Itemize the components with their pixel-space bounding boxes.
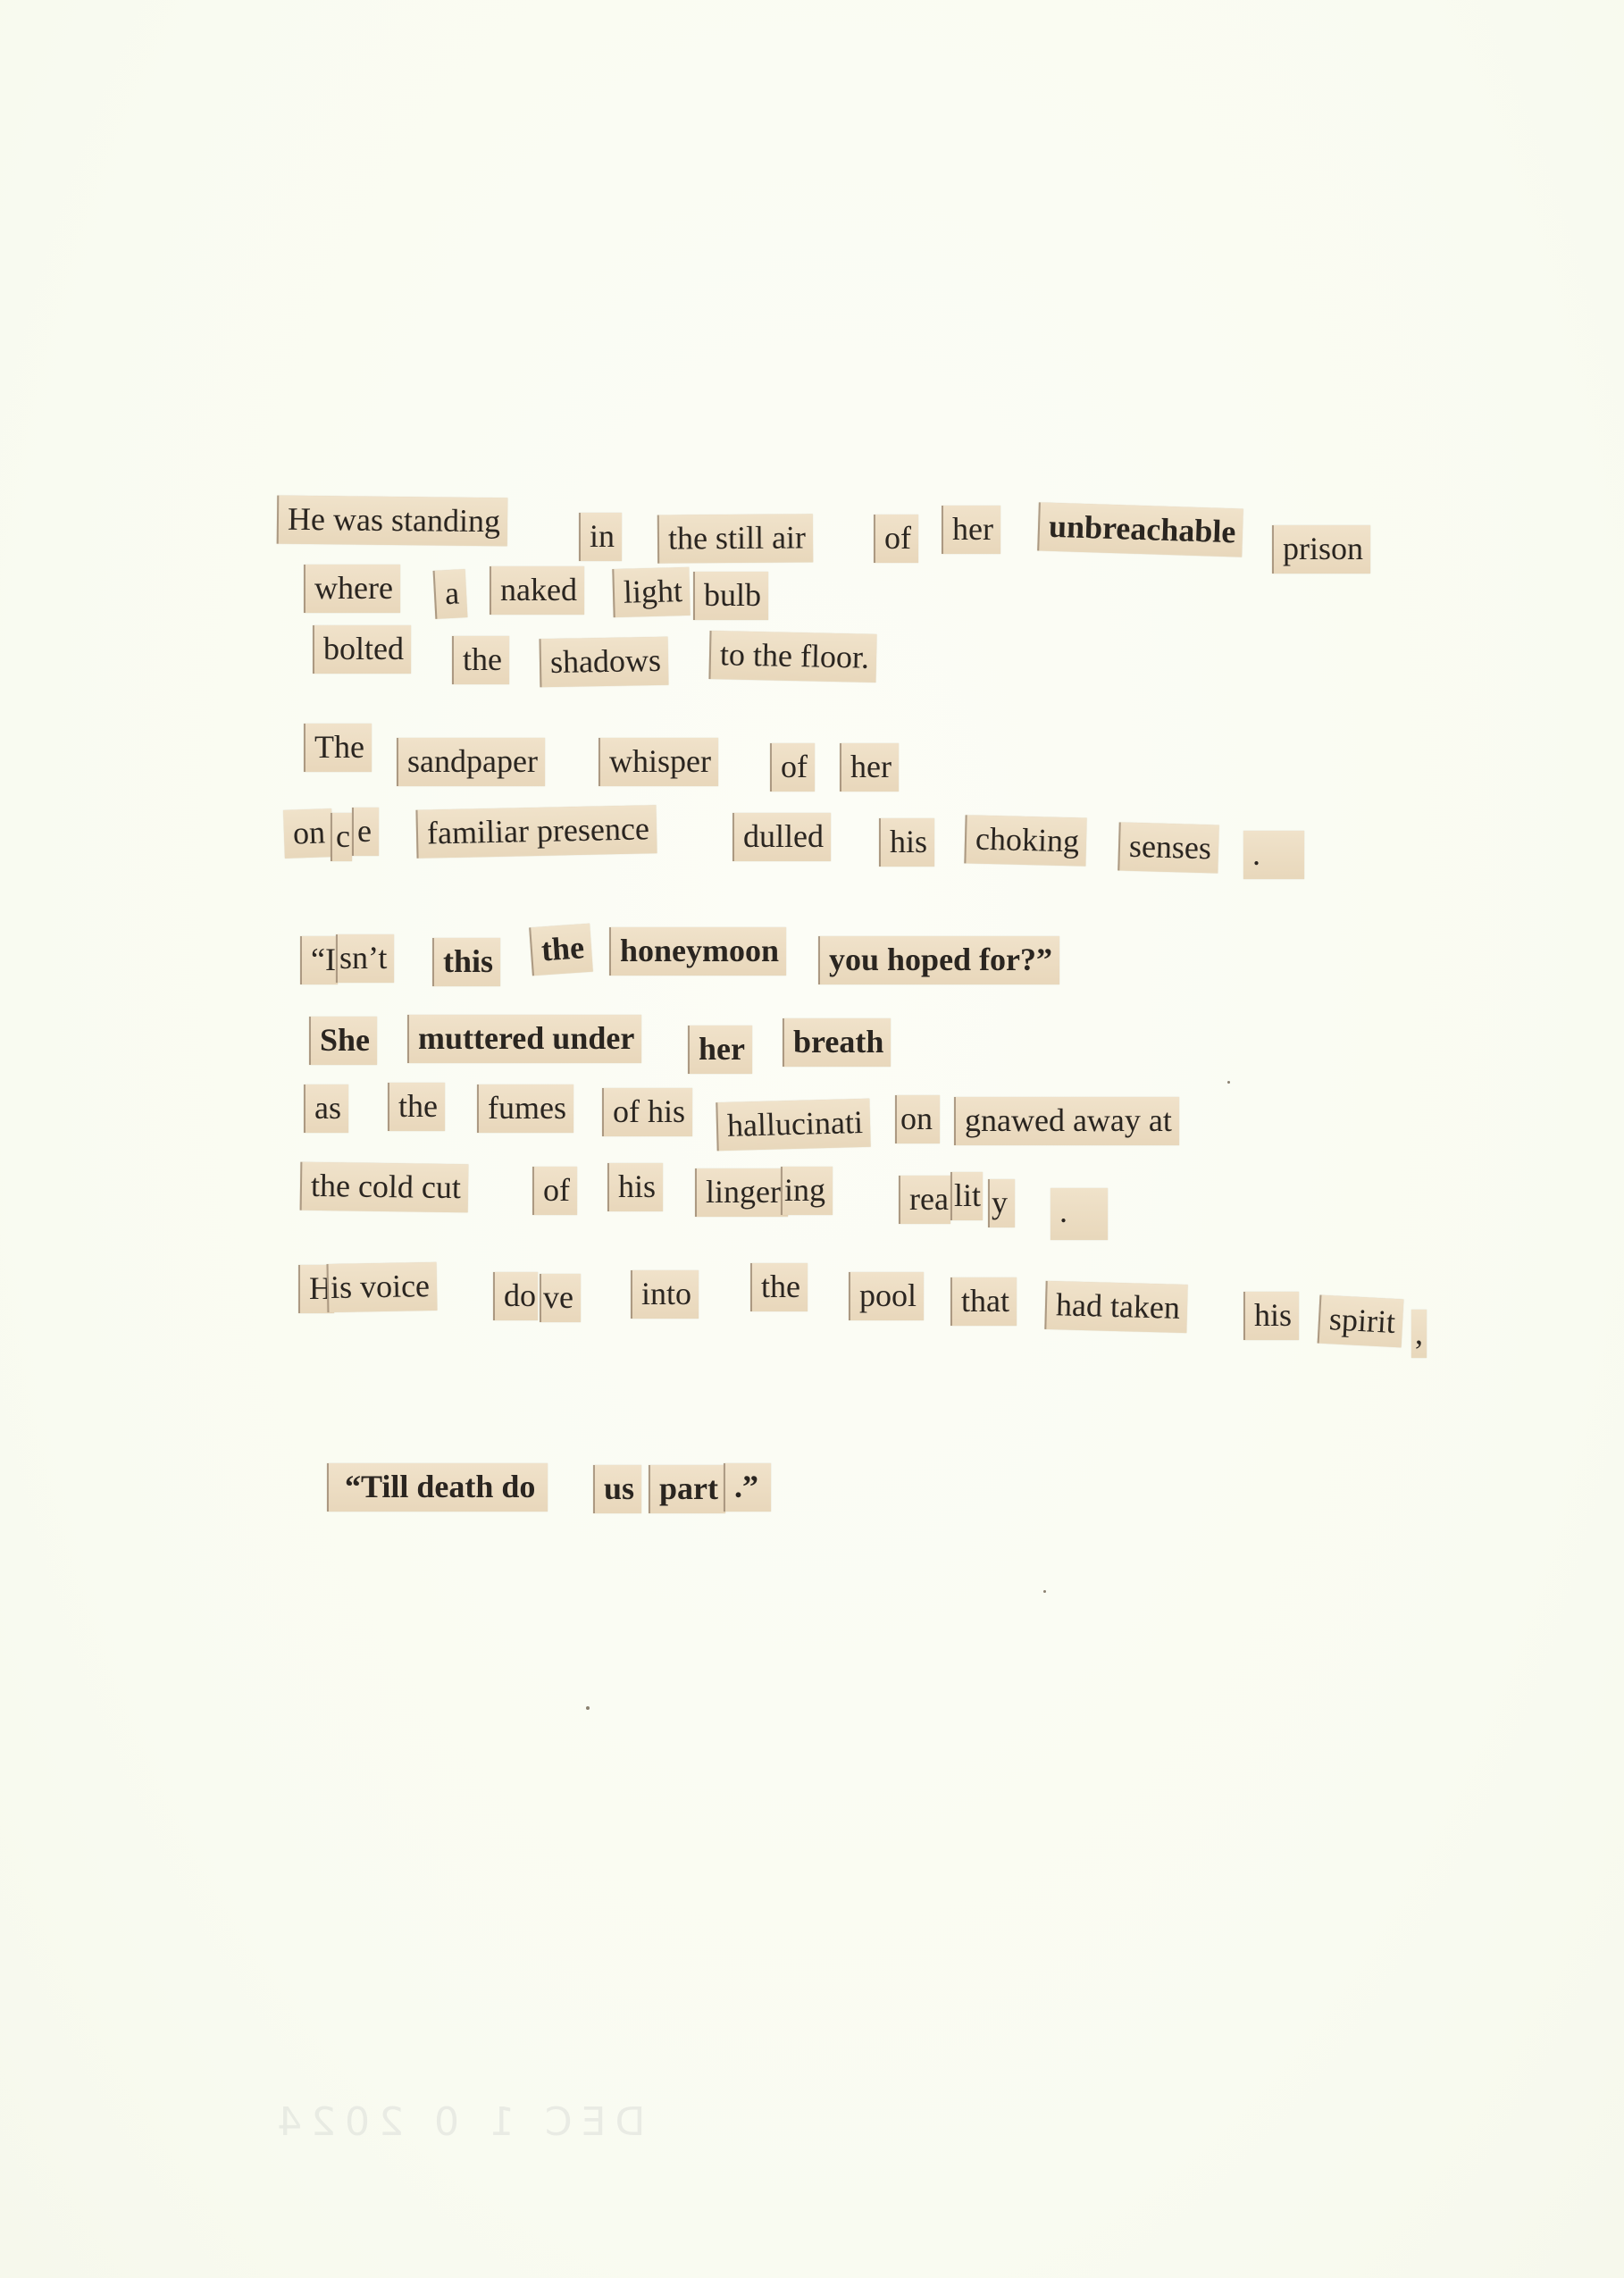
word-clipping: in <box>579 513 622 561</box>
word-clipping: “Till death do <box>327 1463 548 1512</box>
word-clipping: his <box>1243 1292 1299 1340</box>
word-clipping: muttered under <box>407 1015 641 1063</box>
word-clipping: She <box>309 1017 377 1065</box>
word-clipping: light <box>612 567 690 617</box>
word-clipping: dulled <box>732 813 831 861</box>
word-clipping: his <box>607 1163 663 1211</box>
word-clipping: as <box>304 1085 348 1133</box>
word-clipping: you hoped for?” <box>818 936 1059 984</box>
word-clipping: spirit <box>1318 1295 1404 1348</box>
word-clipping: ing <box>781 1167 833 1215</box>
word-clipping: “I <box>300 936 338 984</box>
word-clipping: had taken <box>1044 1281 1187 1333</box>
ink-speck <box>1227 1081 1230 1084</box>
word-clipping: choking <box>964 815 1086 866</box>
word-clipping: shadows <box>540 637 669 688</box>
word-clipping: c <box>331 813 352 861</box>
word-clipping: rea <box>899 1176 950 1224</box>
word-clipping: her <box>840 743 899 791</box>
word-clipping: the still air <box>657 514 813 563</box>
word-clipping: a <box>433 569 468 619</box>
word-clipping: senses <box>1118 822 1218 873</box>
word-clipping: part <box>649 1465 725 1513</box>
word-clipping: unbreachable <box>1037 502 1243 557</box>
word-clipping: the cold cut <box>300 1162 469 1213</box>
word-clipping: where <box>304 565 400 613</box>
word-clipping: the <box>388 1083 445 1131</box>
word-clipping: of <box>874 515 918 563</box>
word-clipping: his <box>879 818 934 867</box>
word-clipping: hallucinati <box>716 1099 870 1151</box>
word-clipping: her <box>942 506 1000 554</box>
word-clipping: pool <box>849 1272 924 1320</box>
word-clipping: the <box>750 1263 808 1311</box>
word-clipping: The <box>304 724 372 772</box>
word-clipping: of <box>532 1167 577 1215</box>
word-clipping: ve <box>540 1274 581 1322</box>
word-clipping: fumes <box>477 1085 573 1133</box>
word-clipping: her <box>688 1026 752 1074</box>
word-clipping: sandpaper <box>397 738 545 786</box>
date-stamp-mirrored: DEC 1 0 2024 <box>268 2099 645 2145</box>
word-clipping: of his <box>602 1088 692 1136</box>
word-clipping: whisper <box>599 738 718 786</box>
word-clipping: He was standing <box>277 496 508 547</box>
word-clipping: gnawed away at <box>954 1097 1179 1145</box>
ink-speck <box>586 1706 590 1710</box>
word-clipping: us <box>593 1465 641 1513</box>
word-clipping: prison <box>1272 525 1370 574</box>
word-clipping: on <box>895 1095 940 1143</box>
word-clipping: bolted <box>313 625 411 674</box>
word-clipping: e <box>352 808 379 856</box>
word-clipping: into <box>631 1270 699 1319</box>
ink-speck <box>1043 1590 1046 1593</box>
word-clipping: . <box>1051 1188 1108 1240</box>
word-clipping: linger <box>695 1168 788 1217</box>
word-clipping: on <box>283 808 333 858</box>
word-clipping: sn’t <box>336 934 394 983</box>
word-clipping: bulb <box>693 572 768 620</box>
word-clipping: to the floor. <box>708 631 876 683</box>
word-clipping: of <box>770 743 815 791</box>
word-clipping: . <box>1243 831 1304 879</box>
word-clipping: the <box>452 636 509 684</box>
word-clipping: that <box>950 1277 1017 1326</box>
word-clipping: , <box>1411 1310 1427 1358</box>
word-clipping: is voice <box>327 1262 438 1312</box>
word-clipping: y <box>988 1179 1015 1227</box>
paper-page: He was standing in the still air of her … <box>0 0 1624 2278</box>
word-clipping: do <box>493 1272 538 1320</box>
word-clipping: naked <box>490 566 584 615</box>
word-clipping: honeymoon <box>609 927 786 976</box>
word-clipping: the <box>529 924 593 976</box>
word-clipping: familiar presence <box>415 805 657 858</box>
word-clipping: lit <box>950 1172 983 1220</box>
word-clipping: .” <box>724 1463 771 1512</box>
word-clipping: this <box>432 938 500 986</box>
word-clipping: breath <box>783 1018 891 1067</box>
